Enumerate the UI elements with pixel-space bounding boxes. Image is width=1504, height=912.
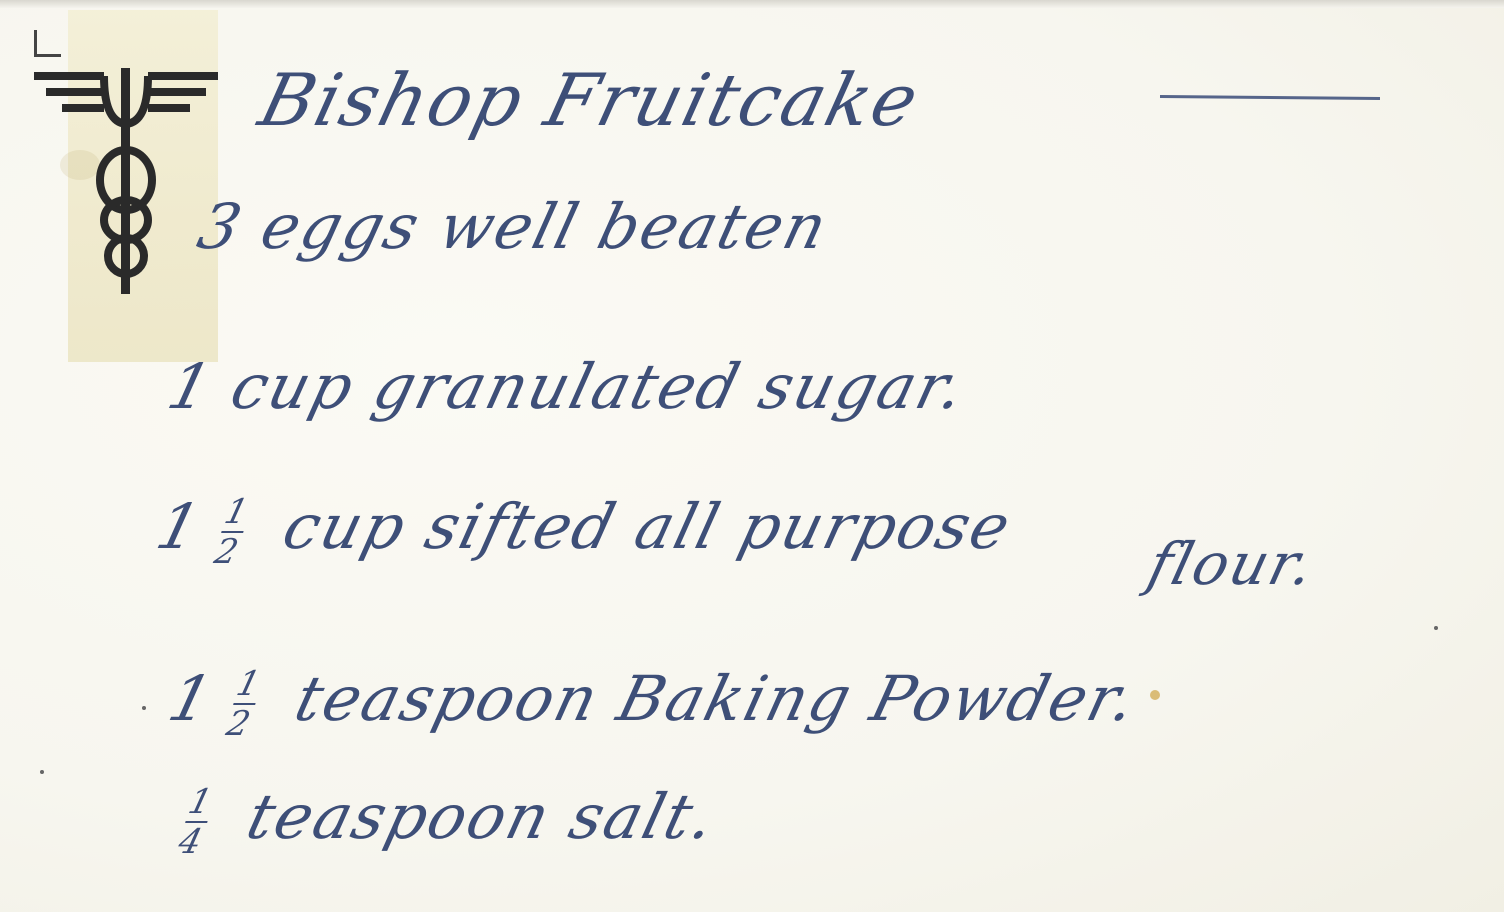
ingredient-quantity-whole: 1 [162,662,222,735]
ingredient-line: 1 4 teaspoon salt. [175,780,724,859]
title-underline [1160,95,1380,100]
ingredient-text: cup granulated sugar. [224,350,973,423]
ingredient-quantity-whole: 1 [150,490,210,563]
ingredient-fraction: 1 4 [175,785,217,859]
ingredient-text: cup sifted all purpose [276,490,1019,563]
fraction-numerator: 1 [233,667,265,701]
recipe-title: Bishop Fruitcake [252,58,929,142]
fraction-numerator: 1 [185,785,217,819]
ingredient-fraction: 1 2 [211,495,253,569]
ingredient-line: 1 cup granulated sugar. [161,350,973,423]
fraction-denominator: 2 [211,535,243,569]
ingredient-text: teaspoon Baking Powder. [288,662,1144,735]
ingredient-text: eggs well beaten [254,190,836,263]
fraction-denominator: 4 [175,825,207,859]
ingredient-line: 1 1 2 teaspoon Baking Powder. [160,662,1144,741]
fraction-numerator: 1 [221,495,253,529]
card-top-edge [0,0,1504,8]
stain [1150,690,1160,700]
speck [40,770,44,774]
ingredient-line: 3 eggs well beaten [191,190,836,263]
recipe-card: Bishop Fruitcake 3 eggs well beaten 1 cu… [0,0,1504,912]
speck [142,706,146,710]
speck [1434,626,1438,630]
ingredient-text: teaspoon salt. [240,780,724,853]
corner-mark [34,30,61,57]
ingredient-line: 1 1 2 cup sifted all purpose [148,490,1019,569]
ingredient-line-continuation: flour. [1142,530,1323,598]
ingredient-fraction: 1 2 [223,667,265,741]
fraction-denominator: 2 [223,707,255,741]
